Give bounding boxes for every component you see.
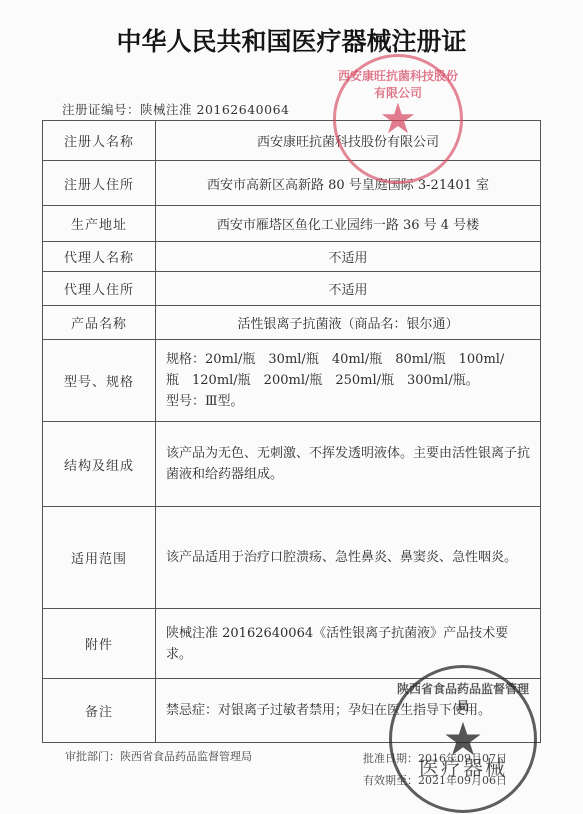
certificate-table: 注册人名称 西安康旺抗菌科技股份有限公司 注册人住所 西安市高新区高新路 80 … xyxy=(42,120,541,743)
table-row: 代理人名称 不适用 xyxy=(43,242,541,272)
row-label: 结构及组成 xyxy=(43,422,156,507)
row-label: 产品名称 xyxy=(43,306,156,340)
row-label: 代理人名称 xyxy=(43,242,156,272)
table-row: 代理人住所 不适用 xyxy=(43,272,541,306)
valid-until: 有效期至：2021年09月06日 xyxy=(363,770,507,792)
row-value: 禁忌症：对银离子过敏者禁用；孕妇在医生指导下使用。 xyxy=(156,679,541,743)
row-label: 备注 xyxy=(43,679,156,743)
row-value-specs: 规格：20ml/瓶 30ml/瓶 40ml/瓶 80ml/瓶 100ml/ 瓶 … xyxy=(156,340,541,422)
table-row: 附件 陕械注准 20162640064《活性银离子抗菌液》产品技术要求。 xyxy=(43,609,541,679)
row-label: 生产地址 xyxy=(43,206,156,242)
registration-number-value: 陕械注准 20162640064 xyxy=(140,102,289,117)
row-value: 西安市雁塔区鱼化工业园纬一路 36 号 4 号楼 xyxy=(156,206,541,242)
row-label: 代理人住所 xyxy=(43,272,156,306)
spec-line: 型号：Ⅲ型。 xyxy=(166,391,530,412)
row-value: 陕械注准 20162640064《活性银离子抗菌液》产品技术要求。 xyxy=(156,609,541,679)
spec-line: 规格：20ml/瓶 30ml/瓶 40ml/瓶 80ml/瓶 100ml/ xyxy=(166,349,530,370)
row-value: 西安市高新区高新路 80 号皇庭国际 3-21401 室 xyxy=(156,161,541,206)
table-row: 适用范围 该产品适用于治疗口腔溃疡、急性鼻炎、鼻窦炎、急性咽炎。 xyxy=(43,507,541,609)
approval-date: 批准日期：2016年09月07日 xyxy=(363,748,507,770)
row-label: 附件 xyxy=(43,609,156,679)
table-row: 注册人住所 西安市高新区高新路 80 号皇庭国际 3-21401 室 xyxy=(43,161,541,206)
row-label: 注册人名称 xyxy=(43,121,156,161)
spec-line: 瓶 120ml/瓶 200ml/瓶 250ml/瓶 300ml/瓶。 xyxy=(166,370,530,391)
row-label: 适用范围 xyxy=(43,507,156,609)
registration-number: 注册证编号：陕械注准 20162640064 xyxy=(62,100,289,118)
table-row: 结构及组成 该产品为无色、无刺激、不挥发透明液体。主要由活性银离子抗菌液和给药器… xyxy=(43,422,541,507)
registration-certificate: 中华人民共和国医疗器械注册证 注册证编号：陕械注准 20162640064 注册… xyxy=(0,0,583,814)
row-value: 活性银离子抗菌液（商品名：银尔通） xyxy=(156,306,541,340)
table-row: 生产地址 西安市雁塔区鱼化工业园纬一路 36 号 4 号楼 xyxy=(43,206,541,242)
row-label: 型号、规格 xyxy=(43,340,156,422)
document-title: 中华人民共和国医疗器械注册证 xyxy=(0,22,583,58)
table-row: 型号、规格 规格：20ml/瓶 30ml/瓶 40ml/瓶 80ml/瓶 100… xyxy=(43,340,541,422)
row-label: 注册人住所 xyxy=(43,161,156,206)
approval-dates: 批准日期：2016年09月07日 有效期至：2021年09月06日 xyxy=(363,748,507,792)
row-value: 不适用 xyxy=(156,272,541,306)
row-value: 该产品为无色、无刺激、不挥发透明液体。主要由活性银离子抗菌液和给药器组成。 xyxy=(156,422,541,507)
table-row: 注册人名称 西安康旺抗菌科技股份有限公司 xyxy=(43,121,541,161)
registration-number-label: 注册证编号： xyxy=(62,102,140,117)
row-value: 该产品适用于治疗口腔溃疡、急性鼻炎、鼻窦炎、急性咽炎。 xyxy=(156,507,541,609)
row-value: 西安康旺抗菌科技股份有限公司 xyxy=(156,121,541,161)
table-row: 产品名称 活性银离子抗菌液（商品名：银尔通） xyxy=(43,306,541,340)
table-row: 备注 禁忌症：对银离子过敏者禁用；孕妇在医生指导下使用。 xyxy=(43,679,541,743)
company-seal-text: 西安康旺抗菌科技股份有限公司 xyxy=(336,67,460,101)
row-value: 不适用 xyxy=(156,242,541,272)
approval-department: 审批部门：陕西省食品药品监督管理局 xyxy=(65,748,252,764)
